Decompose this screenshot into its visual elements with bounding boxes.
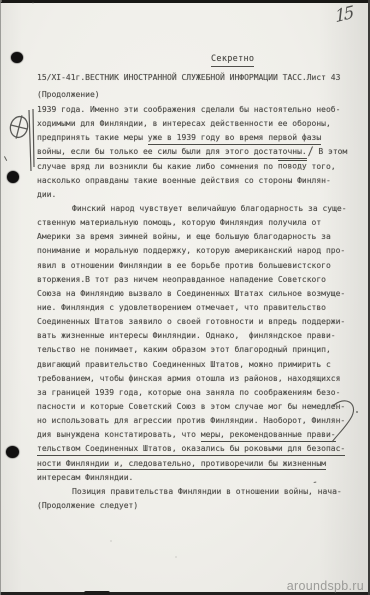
document-line: ходимыми для Финляндии, в интересах дейс… xyxy=(37,117,349,131)
margin-tick-mark xyxy=(4,156,7,161)
document-line: дия вынуждена констатировать, что меры, … xyxy=(37,428,349,442)
scan-shadow-blob xyxy=(84,591,110,595)
line-text: предпринять такие меры xyxy=(37,133,148,142)
pen-underline-text: ности Финляндии и, следовательно, против… xyxy=(37,459,326,471)
line-text: ственную материальную помощь, которую Фи… xyxy=(37,218,321,227)
line-text: требованием, чтобы финская армия отошла … xyxy=(37,374,340,383)
line-text: тельство не понимает, каким образом этот… xyxy=(37,345,331,354)
line-text: вать жизненные интересы Финляндии. Однак… xyxy=(37,331,336,340)
line-text: интересам Финляндии. xyxy=(37,473,133,482)
line-text: явил в отношении Финляндии в ее борьбе п… xyxy=(37,261,331,270)
punch-hole xyxy=(7,171,19,183)
line-text: пасности и которые Советский Союз в этом… xyxy=(37,402,345,411)
scan-edge-left xyxy=(0,0,1,595)
document-line: Финский народ чувствует величайшую благо… xyxy=(37,202,349,216)
document-line: предпринять такие меры уже в 1939 году в… xyxy=(37,131,349,145)
document-line: но использовать для агрессии против Финл… xyxy=(37,414,349,428)
line-text: случае вряд ли возникли бы какие либо со… xyxy=(37,162,278,171)
document-line: интересам Финляндии. xyxy=(37,471,349,485)
document-line: понимание и моральную поддержку, которую… xyxy=(37,244,349,258)
document-line: дии. xyxy=(37,188,349,202)
pen-underline-text: уже в 1939 году во время первой фазы xyxy=(148,133,321,145)
watermark: aroundspb.ru xyxy=(287,579,364,593)
document-line: ности Финляндии и, следовательно, против… xyxy=(37,457,349,471)
punch-hole xyxy=(6,446,19,458)
line-text: двигающий правительство Соединенных Штат… xyxy=(37,360,331,369)
line-text: того, xyxy=(307,162,336,171)
document-line: вать жизненные интересы Финляндии. Однак… xyxy=(37,329,349,343)
document-line: явил в отношении Финляндии в ее борьбе п… xyxy=(37,259,349,273)
paper-specks xyxy=(0,0,2,2)
punch-hole xyxy=(11,52,23,63)
line-text: вторжения.В тот раз ничем неоправданное … xyxy=(37,275,326,284)
line-text: Финский народ чувствует величайшую благо… xyxy=(72,204,347,213)
document-line: пасности и которые Советский Союз в этом… xyxy=(37,400,349,414)
line-text: Америки за время зимней войны, и еще бол… xyxy=(37,232,331,241)
document-line: Позиция правительства Финляндии в отноше… xyxy=(37,485,349,499)
document-line: ние. Финляндия с удовлетворением отмечае… xyxy=(37,301,349,315)
line-text: но использовать для агрессии против Финл… xyxy=(37,416,345,425)
scan-edge-top xyxy=(0,0,370,3)
document-line: насколько оправданы такие военные действ… xyxy=(37,174,349,188)
document-header: 15/XI-41г.ВЕСТНИК ИНОСТРАННОЙ СЛУЖЕБНОЙ … xyxy=(37,73,340,82)
handwritten-page-number: 15 xyxy=(335,3,354,28)
document-line: войны, если бы только ее силы были для э… xyxy=(37,145,349,159)
pen-underline-text: войны, если бы только ее силы были для э… xyxy=(37,147,307,159)
line-text: дии. xyxy=(37,190,56,199)
line-text: за границей 1939 года, которые она занял… xyxy=(37,388,340,397)
document-line: Америки за время зимней войны, и еще бол… xyxy=(37,230,349,244)
document-line: тельством Соединенных Штатов, оказались … xyxy=(37,442,349,456)
pen-underline-text: меры, рекомендованные прави- xyxy=(201,430,336,442)
margin-curve-mark xyxy=(329,395,365,455)
document-line: тельство не понимает, каким образом этот… xyxy=(37,343,349,357)
document-scan: 15 Секретно 15/XI-41г.ВЕСТНИК ИНОСТРАННО… xyxy=(0,0,370,595)
pen-overline-text: поводу xyxy=(278,160,307,171)
document-line: за границей 1939 года, которые она занял… xyxy=(37,386,349,400)
line-text: В этом xyxy=(314,147,348,156)
document-line: требованием, чтобы финская армия отошла … xyxy=(37,372,349,386)
line-text: Позиция правительства Финляндии в отноше… xyxy=(72,487,342,496)
document-body: 1939 года. Именно эти соображения сделал… xyxy=(37,103,349,513)
margin-dash-mark: - xyxy=(311,477,318,489)
line-text: Соединенных Штатов заявило о своей готов… xyxy=(37,317,345,326)
continuation-note: (Продолжение) xyxy=(37,90,100,99)
document-line: случае вряд ли возникли бы какие либо со… xyxy=(37,160,349,174)
line-text: ходимыми для Финляндии, в интересах дейс… xyxy=(37,119,331,128)
line-text: Союза на Финляндию вызвало в Соединенных… xyxy=(37,289,345,298)
line-text: понимание и моральную поддержку, которую… xyxy=(37,246,345,255)
line-text: (Продолжение следует) xyxy=(37,501,138,510)
line-text: ние. Финляндия с удовлетворением отмечае… xyxy=(37,303,326,312)
classification-stamp: Секретно xyxy=(211,54,254,67)
line-text: насколько оправданы такие военные действ… xyxy=(37,176,331,185)
document-line: (Продолжение следует) xyxy=(37,499,349,513)
pen-underline-text: тельством Соединенных Штатов, оказались … xyxy=(37,444,345,456)
document-line: Соединенных Штатов заявило о своей готов… xyxy=(37,315,349,329)
document-line: вторжения.В тот раз ничем неоправданное … xyxy=(37,273,349,287)
line-text: дия вынуждена констатировать, что xyxy=(37,430,201,439)
line-text: 1939 года. Именно эти соображения сделал… xyxy=(37,105,340,114)
document-line: Союза на Финляндию вызвало в Соединенных… xyxy=(37,287,349,301)
document-line: двигающий правительство Соединенных Штат… xyxy=(37,358,349,372)
margin-emphasis-lines xyxy=(26,109,36,173)
document-line: 1939 года. Именно эти соображения сделал… xyxy=(37,103,349,117)
document-line: ственную материальную помощь, которую Фи… xyxy=(37,216,349,230)
